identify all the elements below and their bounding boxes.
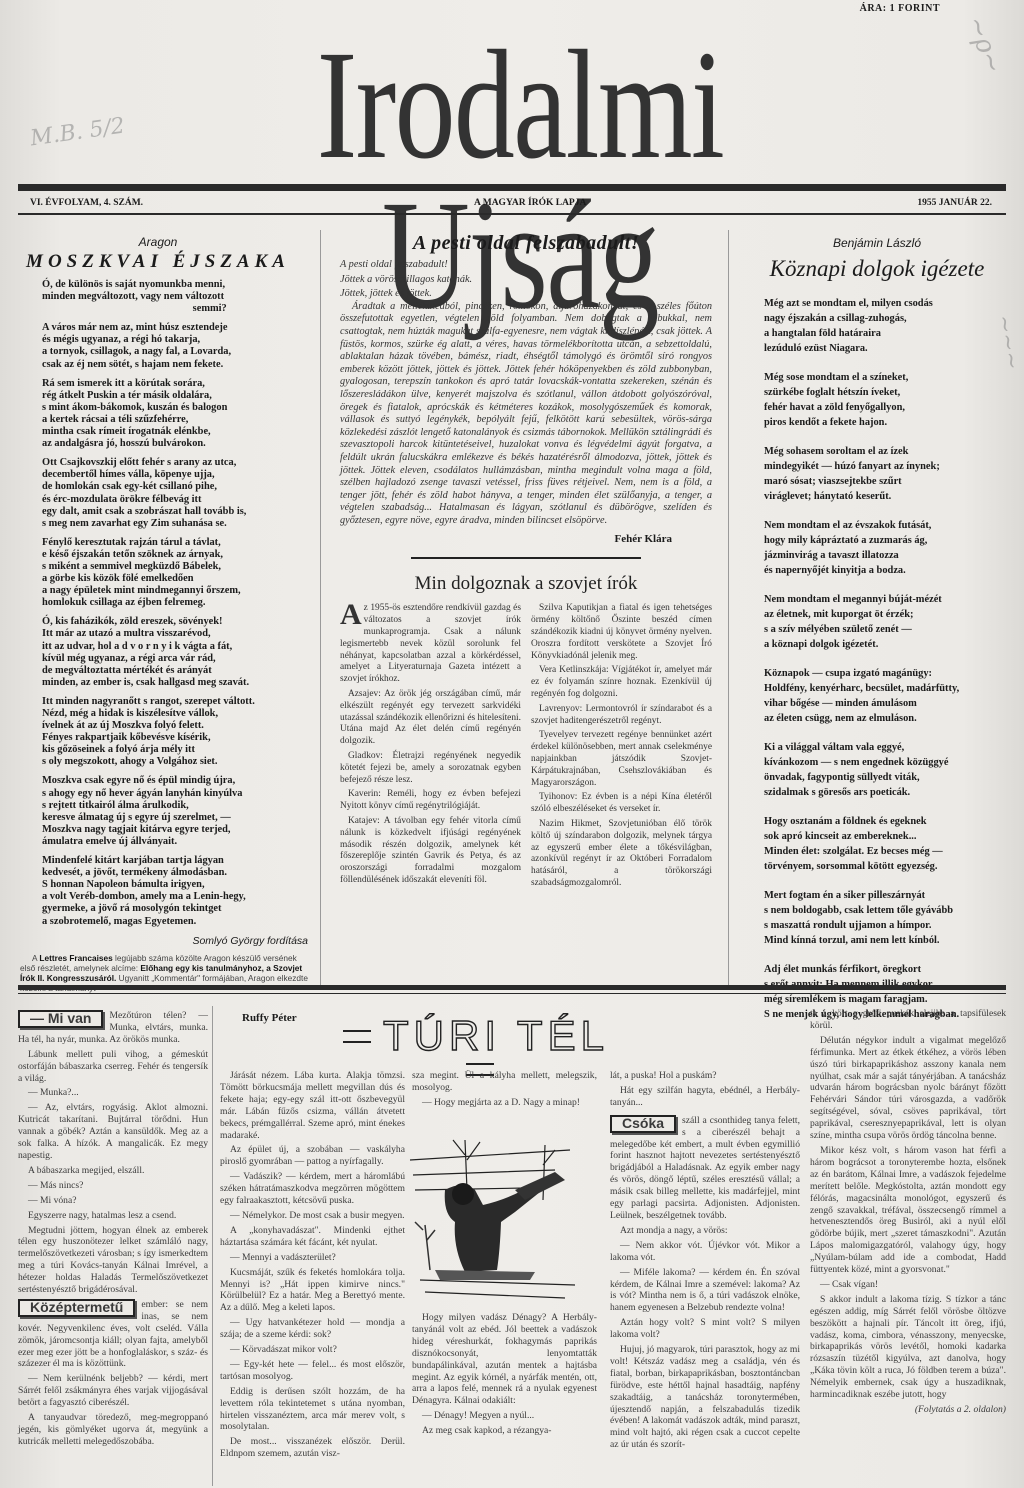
stanza: A város már nem az, mint húsz esztendeje… (42, 322, 308, 370)
issue-number: VI. ÉVFOLYAM, 4. SZÁM. (30, 198, 143, 212)
stanza: Moszkva csak egyre nő és épül mindig újr… (42, 775, 308, 848)
stanza: Hogy osztanám a földnek és egeknek sok a… (764, 814, 1012, 874)
stanza: Ó, de különös is saját nyomunkba menni, … (42, 279, 308, 315)
continued-notice: (Folytatás a 2. oldalon) (810, 1404, 1006, 1416)
stanza: Itt minden nagyranőtt s rangot, szerepet… (42, 696, 308, 769)
story-column-2: Járását nézem. Lába kurta. Alakja tömzsi… (220, 1070, 405, 1463)
stanza: Mindenfelé kitárt karjában tartja lágyan… (42, 855, 308, 928)
column-divider (212, 1006, 213, 1486)
handwritten-scribble: ~ρ~ (960, 12, 1008, 78)
soviet-writers-article: Az 1955-ös esztendőre rendkívül gazdag é… (340, 603, 712, 892)
article-headline: A pesti oldal felszabadult! (340, 232, 712, 255)
story-column-3a: sza megint. Ül a kályha mellett, melegsz… (412, 1070, 597, 1112)
masthead-rule (18, 184, 1006, 191)
section-headline: Min dolgoznak a szovjet írók (340, 573, 712, 595)
tagline: A MAGYAR ÍRÓK LAPJA (474, 198, 586, 212)
infobar-rule (18, 213, 1006, 215)
story-column-1: — Mi vanMezőtúron télen? — Munka, elvtár… (18, 1010, 208, 1451)
stanza: Ki a világgal váltam vala eggyé, kívánko… (764, 740, 1012, 800)
handwritten-margin-note: M.B. 5/2 (29, 114, 127, 152)
story-column-3b: Hogy milyen vadász Dénagy? A Herbály-tan… (412, 1312, 597, 1440)
story-column-4: lát, a puska! Hol a puskám? Hát egy szil… (610, 1070, 800, 1454)
intro-line: Jöttek a vöröscsillagos katonák. (340, 274, 712, 287)
stanza: Még azt se mondtam el, milyen csodás nag… (764, 296, 1012, 356)
subhead-box: — Mi van (18, 1010, 103, 1028)
newspaper-page: M.B. 5/2 ~ρ~ ~~~ ÁRA: 1 FORINT Irodalmi … (0, 0, 1024, 1488)
stanza: Ó, kis faházikók, zöld ereszek, sövények… (42, 616, 308, 689)
article-body: A pesti oldal felszabadult! Jöttek a vör… (340, 259, 712, 527)
ornament-icon (343, 1030, 371, 1043)
stanza: Köznapok — csupa izgató magánügy: Holdfé… (764, 666, 1012, 726)
article-paragraph: Áradtak a mellékutcából, pincéken, romok… (340, 301, 712, 528)
column-divider (728, 230, 729, 990)
stanza: Még sohasem soroltam el az ízek mindegyi… (764, 444, 1012, 504)
intro-line: Jöttek, jöttek és jöttek. (340, 288, 712, 301)
subhead-box: Középtermetű (18, 1299, 135, 1317)
center-column: A pesti oldal felszabadult! A pesti olda… (340, 232, 712, 893)
subhead-box: Csóka (610, 1115, 676, 1133)
hunter-illustration (405, 1130, 580, 1305)
article-column-1: Az 1955-ös esztendőre rendkívül gazdag é… (340, 603, 521, 892)
issue-info-bar: VI. ÉVFOLYAM, 4. SZÁM. A MAGYAR ÍRÓK LAP… (30, 198, 992, 212)
stanza: Mert fogtam én a siker pilleszárnyát s n… (764, 888, 1012, 948)
story-column-5: ta a kört a grófi puskák elejibe a tapsi… (810, 1008, 1006, 1416)
left-column-aragon: Aragon MOSZKVAI ÉJSZAKA Ó, de különös is… (8, 235, 308, 993)
price-label: ÁRA: 1 FORINT (860, 3, 940, 14)
issue-date: 1955 JANUÁR 22. (917, 198, 992, 212)
poem-title: Köznapi dolgok igézete (742, 256, 1012, 282)
article-signature: Fehér Klára (340, 533, 672, 545)
poem-author: Aragon (8, 235, 308, 249)
stanza: Ott Csajkovszkij előtt fehér s arany az … (42, 457, 308, 530)
translator-credit: Somlyó György fordítása (42, 935, 308, 947)
column-divider (320, 230, 321, 990)
stanza: Rá sem ismerek itt a körútak sorára, rég… (42, 378, 308, 451)
stanza: Nem mondtam el az évszakok futását, hogy… (764, 518, 1012, 578)
poem-author: Benjámin László (742, 236, 1012, 250)
story-title: TÚRI TÉL (330, 1012, 630, 1078)
intro-line: A pesti oldal felszabadult! (340, 259, 712, 272)
section-rule (18, 993, 1006, 994)
article-column-2: Szilva Kaputikjan a fiatal és igen tehet… (531, 603, 712, 892)
stanza: Fénylő keresztutak rajzán tárul a távlat… (42, 537, 308, 610)
story-byline: Ruffy Péter (242, 1012, 297, 1024)
poem-title: MOSZKVAI ÉJSZAKA (8, 251, 308, 273)
right-column-poem: Benjámin László Köznapi dolgok igézete M… (742, 236, 1012, 1036)
section-rule (18, 985, 1006, 990)
masthead-title: Irodalmi Ujság (192, 30, 847, 180)
stanza: Még sose mondtam el a színeket, szürkébe… (764, 370, 1012, 430)
drop-cap: A (340, 603, 362, 627)
section-rule (411, 557, 641, 559)
stanza: Nem mondtam el megannyi búját-mézét az é… (764, 592, 1012, 652)
